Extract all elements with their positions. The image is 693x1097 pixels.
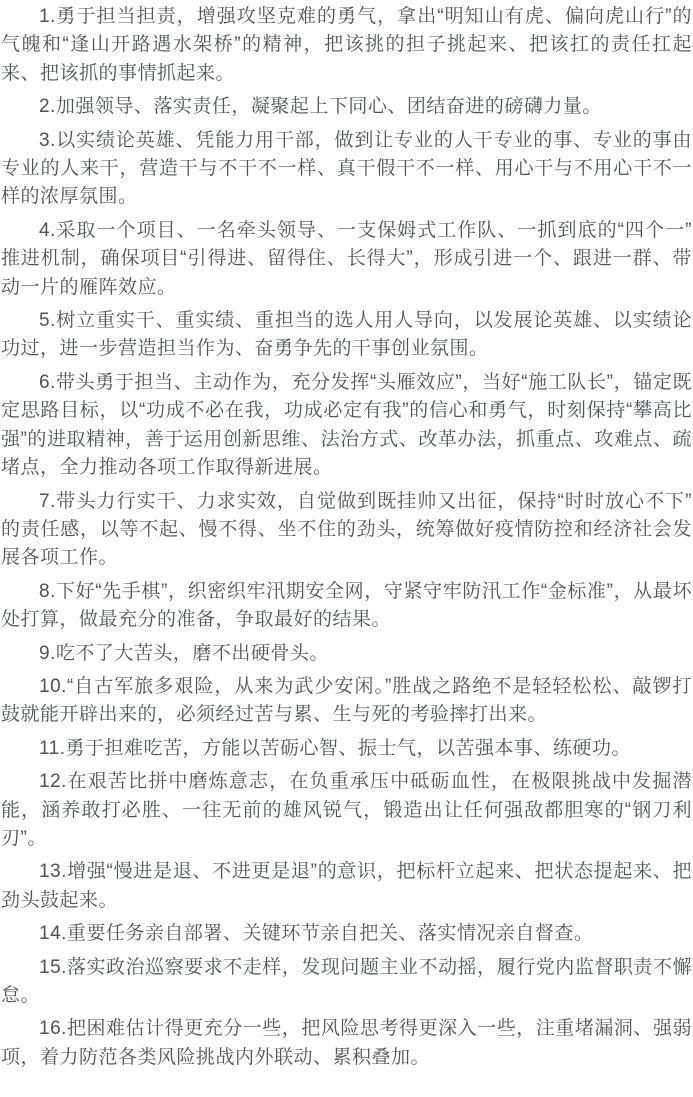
paragraph-5: 5.树立重实干、重实绩、重担当的选人用人导向，以发展论英雄、以实绩论功过，进一步… bbox=[1, 307, 692, 364]
paragraph-3: 3.以实绩论英雄、凭能力用干部，做到让专业的人干专业的事、专业的事由专业的人来干… bbox=[1, 127, 692, 212]
document-page: { "colors": { "background": "#ffffff", "… bbox=[0, 0, 693, 1097]
paragraph-14: 14.重要任务亲自部署、关键环节亲自把关、落实情况亲自督查。 bbox=[1, 920, 692, 948]
paragraph-11: 11.勇于担难吃苦，方能以苦砺心智、振士气，以苦强本事、练硬功。 bbox=[1, 735, 692, 763]
paragraph-15: 15.落实政治巡察要求不走样，发现问题主业不动摇，履行党内监督职责不懈怠。 bbox=[1, 954, 692, 1011]
paragraph-7: 7.带头力行实干、力求实效，自觉做到既挂帅又出征，保持“时时放心不下”的责任感，… bbox=[1, 488, 692, 573]
paragraph-6: 6.带头勇于担当、主动作为，充分发挥“头雁效应”，当好“施工队长”，锚定既定思路… bbox=[1, 369, 692, 483]
paragraph-2: 2.加强领导、落实责任，凝聚起上下同心、团结奋进的磅礴力量。 bbox=[1, 93, 692, 121]
paragraph-13: 13.增强“慢进是退、不进更是退”的意识，把标杆立起来、把状态提起来、把劲头鼓起… bbox=[1, 858, 692, 915]
paragraph-8: 8.下好“先手棋”，织密织牢汛期安全网，守紧守牢防汛工作“金标准”，从最坏处打算… bbox=[1, 578, 692, 635]
paragraph-12: 12.在艰苦比拼中磨炼意志，在负重承压中砥砺血性，在极限挑战中发掘潜能，涵养敢打… bbox=[1, 768, 692, 853]
document-body: 1.勇于担当担责，增强攻坚克难的勇气，拿出“明知山有虎、偏向虎山行”的气魄和“逢… bbox=[0, 0, 693, 1072]
paragraph-16: 16.把困难估计得更充分一些，把风险思考得更深入一些，注重堵漏洞、强弱项，着力防… bbox=[1, 1015, 692, 1072]
paragraph-9: 9.吃不了大苦头，磨不出硬骨头。 bbox=[1, 640, 692, 668]
paragraph-4: 4.采取一个项目、一名牵头领导、一支保姆式工作队、一抓到底的“四个一”推进机制，… bbox=[1, 217, 692, 302]
paragraph-10: 10.“自古军旅多艰险，从来为武少安闲。”胜战之路绝不是轻轻松松、敲锣打鼓就能开… bbox=[1, 673, 692, 730]
paragraph-1: 1.勇于担当担责，增强攻坚克难的勇气，拿出“明知山有虎、偏向虎山行”的气魄和“逢… bbox=[1, 3, 692, 88]
